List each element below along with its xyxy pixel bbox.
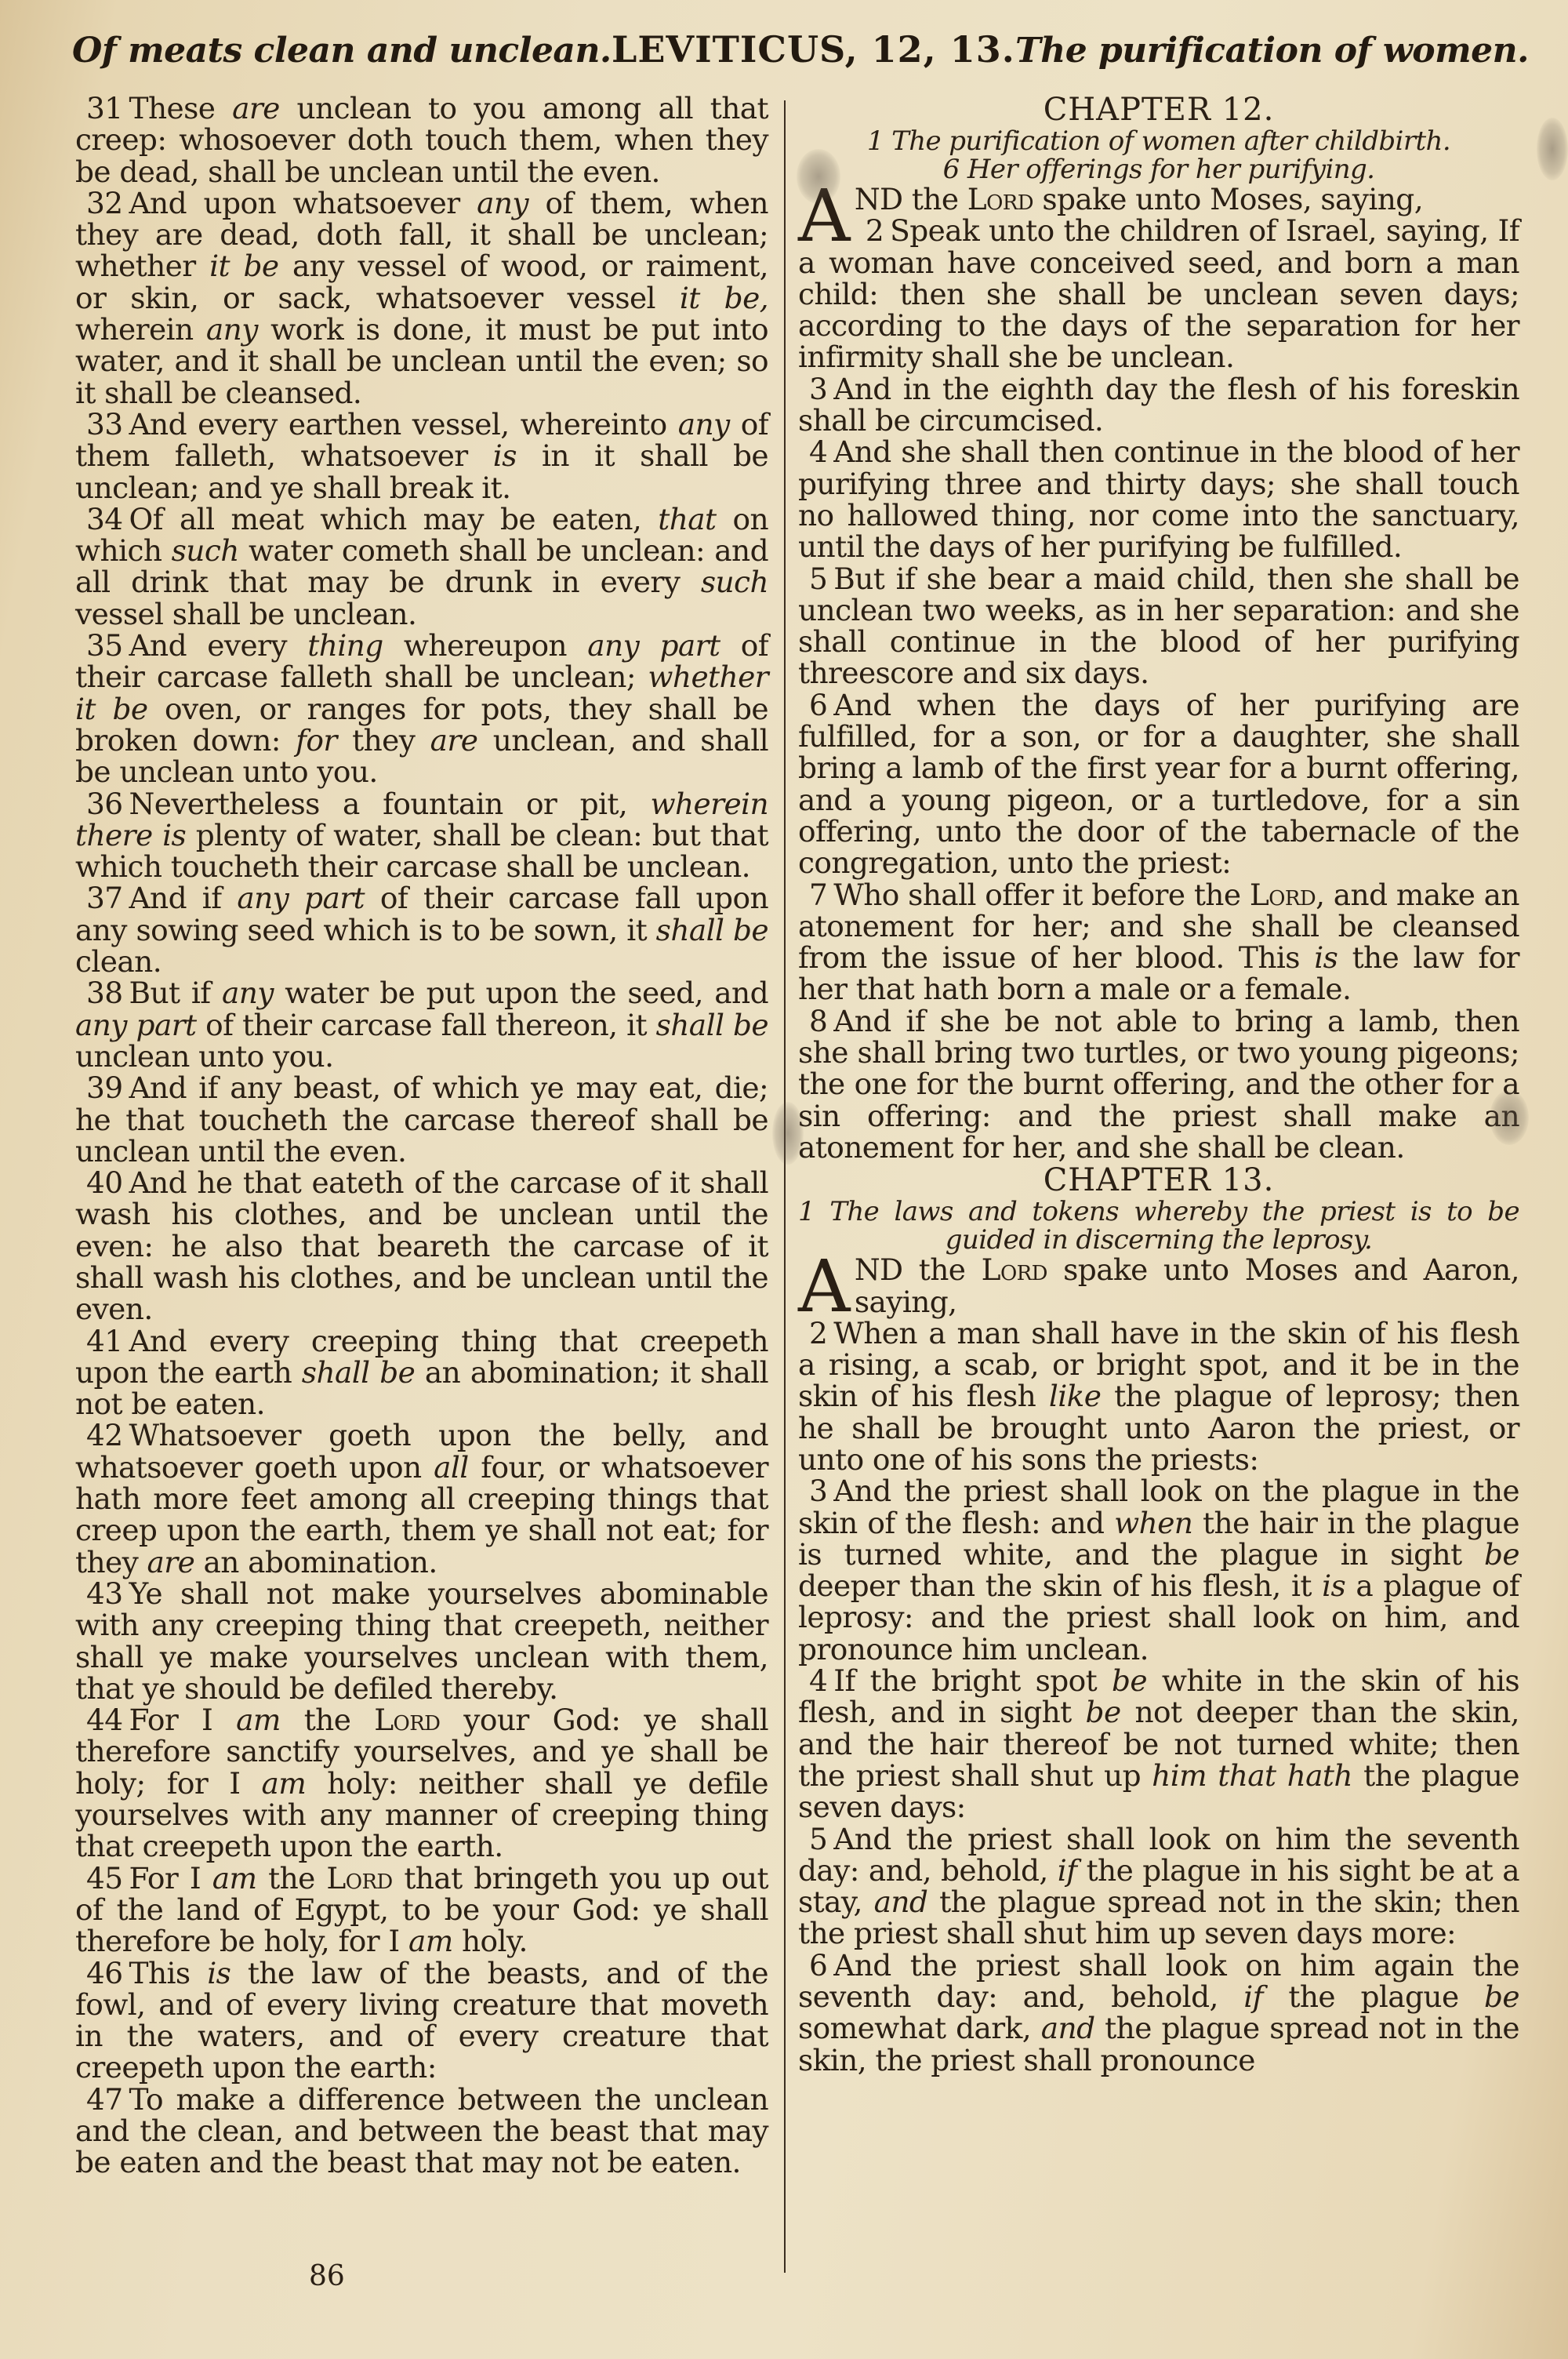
verse-text: And upon whatsoever <box>129 186 477 220</box>
verse-number: 5 <box>809 562 827 596</box>
verse: 8And if she be not able to bring a lamb,… <box>798 1005 1519 1163</box>
small-caps-word: Lord <box>374 1703 440 1737</box>
italic-supplied-word: is <box>207 1956 230 1990</box>
verse: 37And if any part of their carcase fall … <box>75 882 768 977</box>
verse: 41And every creeping thing that creepeth… <box>75 1325 768 1420</box>
verse: 35And every thing whereupon any part of … <box>75 630 768 787</box>
verse-text: To make a difference between the un­clea… <box>75 2082 768 2180</box>
verse-text: If the bright spot <box>833 1663 1112 1698</box>
italic-supplied-word: are <box>232 91 280 125</box>
italic-supplied-word: any <box>678 407 730 442</box>
italic-supplied-word: is <box>493 438 517 473</box>
verse: 7Who shall offer it before the Lord, and… <box>798 879 1519 1005</box>
chapter-title: CHAPTER 13. <box>798 1163 1519 1198</box>
verse-number: 46 <box>86 1956 123 1990</box>
verse-text: water be put upon the seed, and <box>274 976 768 1010</box>
verse-text: whereupon <box>383 628 588 663</box>
verse: 42Whatsoever goeth upon the belly, and w… <box>75 1419 768 1577</box>
italic-supplied-word: it be <box>209 249 278 283</box>
verse: 6And when the days of her purifying are … <box>798 689 1519 879</box>
verse-text: And she shall then continue in the blood… <box>798 434 1519 564</box>
bible-page: Of meats clean and unclean. LEVITICUS, 1… <box>0 0 1568 2359</box>
verse: 34Of all meat which may be eaten, that o… <box>75 503 768 630</box>
verse-text: an abomination. <box>194 1545 437 1579</box>
italic-supplied-word: it be, <box>680 281 768 315</box>
verse: 2Speak unto the children of Israel, sayi… <box>798 215 1519 373</box>
small-caps-word: Lord <box>326 1861 392 1896</box>
verse-text: But if she bear a maid child, then she s… <box>798 562 1519 691</box>
verse-text: deeper than the skin of his flesh, it <box>798 1568 1322 1603</box>
verse-number: 41 <box>86 1324 123 1358</box>
verse-number: 3 <box>809 1474 827 1508</box>
italic-supplied-word: are <box>147 1545 195 1579</box>
italic-supplied-word: and <box>1041 2011 1095 2045</box>
verse-text: And if <box>129 881 238 915</box>
italic-supplied-word: shall be <box>656 913 768 947</box>
italic-supplied-word: and <box>874 1885 928 1919</box>
italic-supplied-word: be <box>1484 1979 1519 2014</box>
italic-supplied-word: any part <box>587 628 720 663</box>
verse-text: Speak unto the children of Israel, sayin… <box>798 213 1519 374</box>
verse-number: 42 <box>86 1418 123 1452</box>
verse: 32And upon whatsoever any of them, when … <box>75 187 768 409</box>
verse: 4And she shall then continue in the bloo… <box>798 436 1519 562</box>
drop-cap: A <box>798 1256 850 1318</box>
verse-number: 43 <box>86 1576 123 1611</box>
italic-supplied-word: be <box>1086 1695 1121 1729</box>
verse-number: 47 <box>86 2082 123 2117</box>
verse-number: 45 <box>86 1861 123 1896</box>
verse: 31These are unclean to you among all tha… <box>75 93 768 187</box>
italic-supplied-word: if <box>1058 1853 1077 1888</box>
verse-number: 5 <box>809 1822 827 1856</box>
chapter-13: CHAPTER 13. 1 The laws and tokens whereb… <box>798 1163 1519 2076</box>
verse: 4If the bright spot be white in the skin… <box>798 1665 1519 1823</box>
italic-supplied-word: any part <box>237 881 365 915</box>
italic-supplied-word: any <box>222 976 274 1010</box>
italic-supplied-word: thing <box>307 628 383 663</box>
verse-number: 7 <box>809 878 827 912</box>
verse-number: 44 <box>86 1703 123 1737</box>
chapter-opening: A ND the Lord spake unto Moses, saying, <box>798 184 1519 215</box>
small-caps-word: Lord <box>967 182 1033 216</box>
verse-text: And every earthen vessel, whereinto <box>129 407 678 442</box>
verse-number: 39 <box>86 1070 123 1105</box>
verse-number: 33 <box>86 407 123 442</box>
small-caps-word: Lord <box>1250 878 1316 912</box>
italic-supplied-word: is <box>1322 1568 1345 1603</box>
verse-number: 40 <box>86 1165 123 1200</box>
thumbprint-smudge <box>797 149 840 204</box>
verse-text: clean. <box>75 944 162 979</box>
verse-text: Nevertheless a fountain or pit, <box>129 787 651 821</box>
verse-number: 8 <box>809 1004 827 1038</box>
header-book-chapters: LEVITICUS, 12, 13. <box>612 28 1015 71</box>
verse-text: These <box>129 91 233 125</box>
verse: 3And in the eighth day the flesh of his … <box>798 373 1519 437</box>
verse-text: the plague <box>1263 1979 1484 2014</box>
italic-supplied-word: such <box>172 533 239 568</box>
verse-text: unclean unto you. <box>75 1039 333 1074</box>
italic-supplied-word: be <box>1112 1663 1147 1698</box>
verse-number: 36 <box>86 787 123 821</box>
italic-supplied-word: shall be <box>302 1355 415 1390</box>
italic-supplied-word: be <box>1484 1537 1519 1572</box>
verse-text: ND the <box>855 1252 982 1287</box>
thumbprint-smudge <box>772 1102 804 1165</box>
verse: 3And the priest shall look on the plague… <box>798 1475 1519 1665</box>
italic-supplied-word: am <box>212 1861 257 1896</box>
verse-number: 32 <box>86 186 123 220</box>
verse-text: For I <box>129 1703 237 1737</box>
italic-supplied-word: am <box>236 1703 281 1737</box>
verse-text: And he that eateth of the carcase of it … <box>75 1165 768 1326</box>
verse: 33And every earthen vessel, whereinto an… <box>75 409 768 503</box>
italic-supplied-word: any <box>206 312 258 347</box>
running-header: Of meats clean and unclean. LEVITICUS, 1… <box>72 28 1529 83</box>
italic-supplied-word: all <box>434 1450 469 1485</box>
verse-text: the <box>256 1861 326 1896</box>
verse-number: 6 <box>809 1948 827 1983</box>
verse-number: 2 <box>866 213 884 248</box>
verse-text: But if <box>129 976 222 1010</box>
verse-number: 3 <box>809 372 827 406</box>
italic-supplied-word: when <box>1114 1506 1192 1540</box>
verse-text: ND the <box>855 182 967 216</box>
italic-supplied-word: such <box>701 565 768 599</box>
verse-text: holy. <box>453 1924 528 1958</box>
verse-text: Ye shall not make yourselves abomina­ble… <box>75 1576 768 1706</box>
verse-text: they <box>337 723 430 758</box>
italic-supplied-word: any part <box>75 1008 197 1042</box>
verse-number: 37 <box>86 881 123 915</box>
verse: 46This is the law of the beasts, and of … <box>75 1957 768 2084</box>
verse: 40And he that eateth of the carcase of i… <box>75 1167 768 1325</box>
chapter-opening: A ND the Lord spake unto Moses and Aaron… <box>798 1254 1519 1318</box>
header-right-topic: The purification of women. <box>1015 31 1529 71</box>
verse-number: 38 <box>86 976 123 1010</box>
italic-supplied-word: am <box>261 1766 306 1801</box>
italic-supplied-word: for <box>296 723 337 758</box>
page-number: 86 <box>309 2260 345 2292</box>
verse-number: 4 <box>809 1663 827 1698</box>
thumbprint-smudge <box>1490 1090 1529 1145</box>
chapter-12: CHAPTER 12. 1 The purification of women … <box>798 93 1519 1163</box>
chapter-summary-line: 1 The purification of women after childb… <box>798 127 1519 155</box>
verse: 39And if any beast, of which ye may eat,… <box>75 1072 768 1167</box>
verse-text: Of all meat which may be eaten, <box>129 502 659 536</box>
verse-text: vessel shall be unclean. <box>75 597 416 631</box>
verse-text: Who shall offer it before the <box>833 878 1250 912</box>
verse: 47To make a difference between the un­cl… <box>75 2084 768 2179</box>
verse: 5But if she bear a maid child, then she … <box>798 563 1519 689</box>
verse-text: And if she be not able to bring a lamb, … <box>798 1004 1519 1165</box>
verse-text: of their carcase fall thereon, it <box>197 1008 656 1042</box>
chapter-summary: 1 The laws and tokens whereby the priest… <box>798 1198 1519 1254</box>
verse-text: And when the days of her purifying are f… <box>798 688 1519 880</box>
chapter-summary-line: 6 Her offerings for her purifying. <box>798 155 1519 184</box>
verse: 2When a man shall have in the skin of hi… <box>798 1318 1519 1475</box>
verse-text: This <box>129 1956 208 1990</box>
verse-list: 2When a man shall have in the skin of hi… <box>798 1318 1519 2076</box>
verse-text: And if any beast, of which ye may eat, d… <box>75 1070 768 1169</box>
italic-supplied-word: that <box>658 502 716 536</box>
italic-supplied-word: if <box>1243 1979 1263 2014</box>
italic-supplied-word: shall be <box>656 1008 768 1042</box>
verse: 43Ye shall not make yourselves abomina­b… <box>75 1578 768 1704</box>
verse-number: 4 <box>809 434 827 469</box>
verse-text: And in the eighth day the flesh of his f… <box>798 372 1519 438</box>
verse-number: 34 <box>86 502 123 536</box>
verse-number: 2 <box>809 1316 827 1350</box>
verse: 5And the priest shall look on him the se… <box>798 1823 1519 1950</box>
header-left-topic: Of meats clean and unclean. <box>72 31 612 71</box>
verse-text: For I <box>129 1861 212 1896</box>
italic-supplied-word: is <box>1314 940 1338 975</box>
thumbprint-smudge <box>1537 118 1568 180</box>
column-divider <box>784 100 786 2273</box>
verse: 38But if any water be put upon the seed,… <box>75 977 768 1072</box>
italic-supplied-word: am <box>408 1924 453 1958</box>
verse-text: spake unto Moses, saying, <box>1033 182 1423 216</box>
verse-number: 31 <box>86 91 123 125</box>
verse: 44For I am the Lord your God: ye shall t… <box>75 1704 768 1862</box>
italic-supplied-word: him that hath <box>1152 1758 1352 1793</box>
verse: 45For I am the Lord that bringeth you up… <box>75 1863 768 1957</box>
italic-supplied-word: any <box>477 186 528 220</box>
verse: 6And the priest shall look on him again … <box>798 1950 1519 2076</box>
left-column: 31These are unclean to you among all tha… <box>75 93 768 2179</box>
verse-number: 35 <box>86 628 123 663</box>
verse-number: 6 <box>809 688 827 722</box>
verse: 36Nevertheless a fountain or pit, wherei… <box>75 788 768 883</box>
verse-text: somewhat dark, <box>798 2011 1041 2045</box>
italic-supplied-word: like <box>1049 1379 1102 1413</box>
chapter-title: CHAPTER 12. <box>798 93 1519 127</box>
verse-text: the <box>281 1703 374 1737</box>
verse-list: 2Speak unto the children of Israel, sayi… <box>798 215 1519 1163</box>
small-caps-word: Lord <box>982 1252 1047 1287</box>
verse-text: And every <box>129 628 308 663</box>
right-column: CHAPTER 12. 1 The purification of women … <box>798 93 1519 2076</box>
italic-supplied-word: are <box>430 723 478 758</box>
verse-text: wherein <box>75 312 206 347</box>
